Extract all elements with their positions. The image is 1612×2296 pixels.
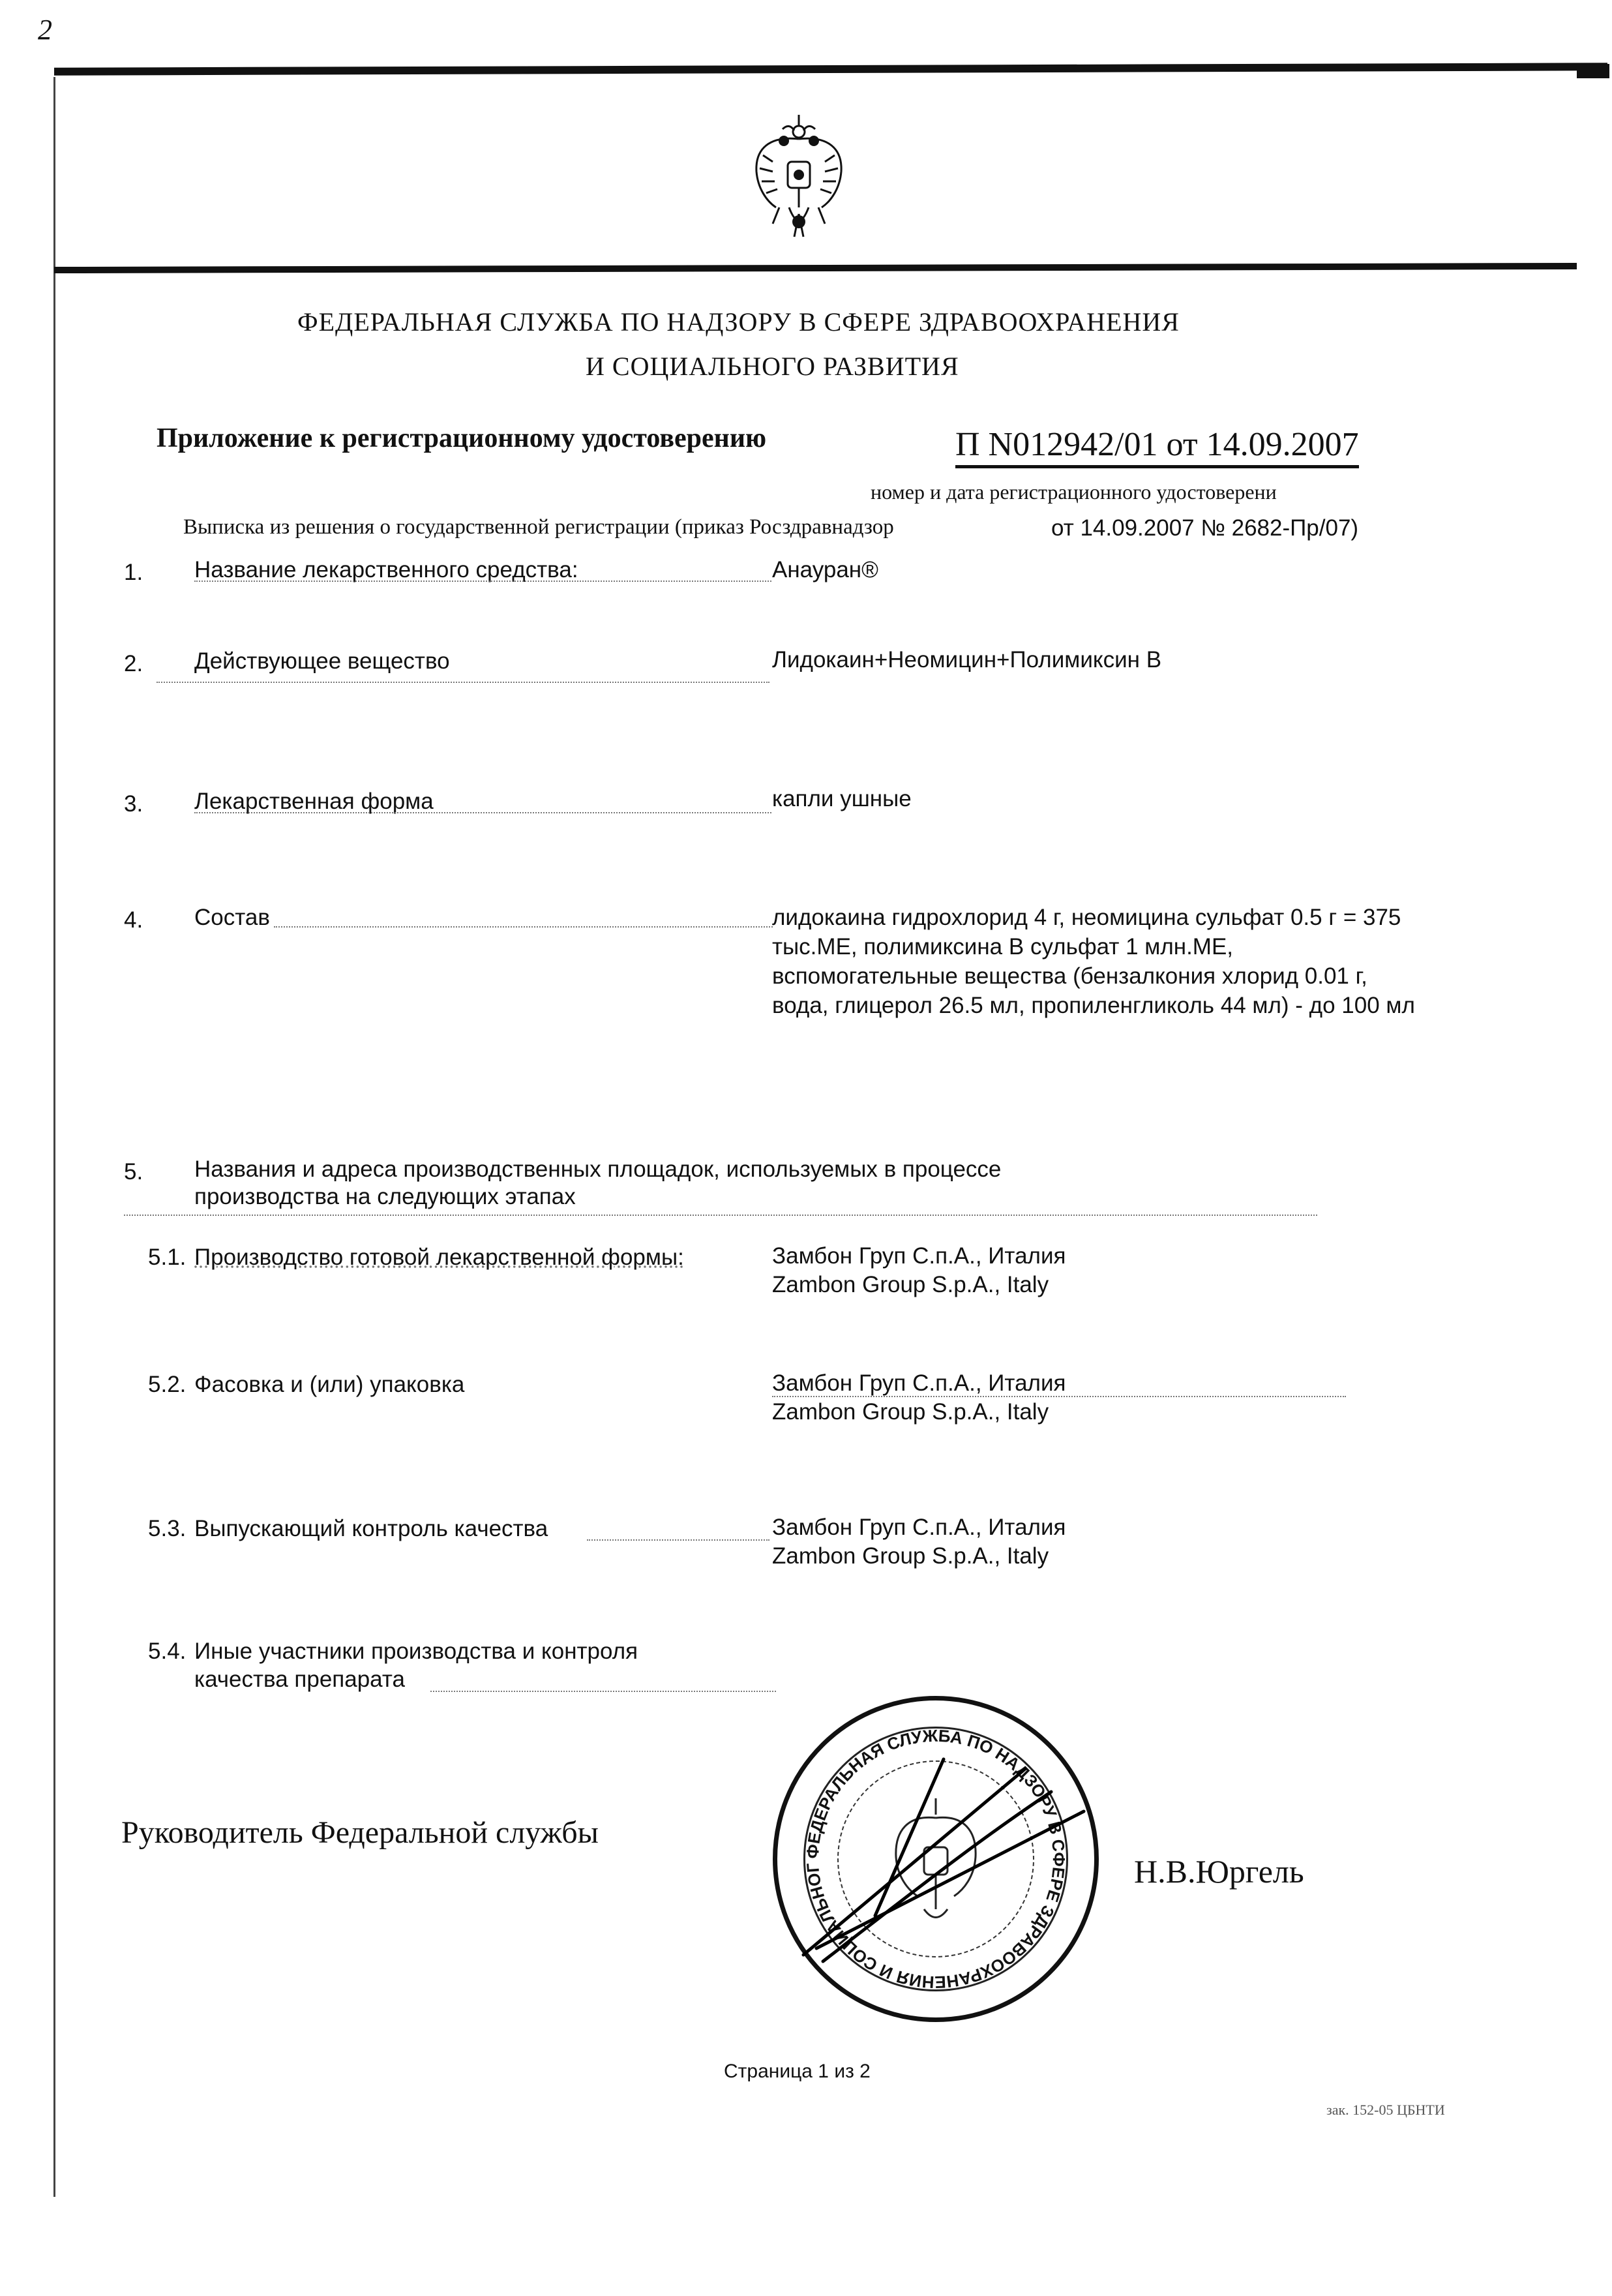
subitem-label-manufacturing: Производство готовой лекарственной формы… [194, 1243, 684, 1272]
certificate-number: П N012942/01 от 14.09.2007 [955, 425, 1359, 468]
item-value-active-substance: Лидокаин+Неомицин+Полимиксин В [772, 646, 1161, 674]
dotted-leader [194, 581, 771, 582]
agency-heading-line2: И СОЦИАЛЬНОГО РАЗВИТИЯ [586, 351, 959, 382]
composition-line: вспомогательные вещества (бензалкония хл… [772, 962, 1367, 991]
item-number: 2. [124, 650, 143, 678]
subitem-value-en: Zambon Group S.p.A., Italy [772, 1542, 1049, 1571]
svg-text:ФЕДЕРАЛЬНАЯ СЛУЖБА ПО НАДЗОРУ: ФЕДЕРАЛЬНАЯ СЛУЖБА ПО НАДЗОРУ В СФЕРЕ ЗД… [777, 1700, 1069, 1992]
composition-line: лидокаина гидрохлорид 4 г, неомицина сул… [772, 903, 1401, 932]
print-code: зак. 152-05 ЦБНТИ [1326, 2102, 1445, 2119]
page-indicator: Страница 1 из 2 [724, 2057, 871, 2086]
item-number: 3. [124, 790, 143, 819]
seal-text: ФЕДЕРАЛЬНАЯ СЛУЖБА ПО НАДЗОРУ В СФЕРЕ ЗД… [777, 1700, 1069, 1992]
annex-title: Приложение к регистрационному удостовере… [157, 423, 766, 454]
item-value-drug-name: Анауран® [772, 556, 878, 584]
dotted-leader [274, 926, 773, 928]
subitem-number: 5.1. [148, 1243, 186, 1272]
item-value-dosage-form: капли ушные [772, 785, 912, 813]
subitem-value-en: Zambon Group S.p.A., Italy [772, 1271, 1049, 1299]
certificate-caption: номер и дата регистрационного удостовере… [871, 480, 1277, 504]
subitem-value-en: Zambon Group S.p.A., Italy [772, 1398, 1049, 1427]
subitem-label-other-participants: Иные участники производства и контроля [194, 1637, 638, 1666]
item-number: 4. [124, 906, 143, 935]
subitem-value-ru: Замбон Груп С.п.А., Италия [772, 1242, 1066, 1271]
handwritten-page-mark: 2 [38, 13, 52, 46]
subitem-label-packaging: Фасовка и (или) упаковка [194, 1370, 464, 1399]
item-label-composition: Состав [194, 903, 270, 932]
top-rule [54, 63, 1607, 75]
subitem-number: 5.3. [148, 1515, 186, 1543]
official-round-seal-icon: ФЕДЕРАЛЬНАЯ СЛУЖБА ПО НАДЗОРУ В СФЕРЕ ЗД… [773, 1696, 1099, 2022]
header-rule [54, 263, 1577, 273]
dotted-leader [587, 1539, 769, 1541]
dotted-leader [430, 1691, 776, 1692]
subitem-number: 5.4. [148, 1637, 186, 1666]
left-margin-line [53, 77, 55, 2197]
signatory-position: Руководитель Федеральной службы [121, 1815, 599, 1850]
item-label-production-sites-cont: производства на следующих этапах [194, 1183, 576, 1211]
dotted-leader [157, 682, 769, 683]
dotted-leader [194, 812, 771, 813]
signatory-name: Н.В.Юргель [1134, 1852, 1304, 1890]
item-label-production-sites: Названия и адреса производственных площа… [194, 1155, 1001, 1184]
russian-coat-of-arms-icon [743, 110, 854, 240]
composition-line: вода, глицерол 26.5 мл, пропиленгликоль … [772, 991, 1415, 1020]
extract-line: Выписка из решения о государственной рег… [183, 515, 894, 539]
item-number: 1. [124, 558, 143, 587]
subitem-number: 5.2. [148, 1370, 186, 1399]
top-rule-end [1577, 64, 1609, 78]
subitem-value-ru: Замбон Груп С.п.А., Италия [772, 1513, 1066, 1542]
subitem-label-quality-control: Выпускающий контроль качества [194, 1515, 548, 1543]
agency-heading-line1: ФЕДЕРАЛЬНАЯ СЛУЖБА ПО НАДЗОРУ В СФЕРЕ ЗД… [297, 307, 1180, 337]
item-label-active-substance: Действующее вещество [194, 647, 450, 676]
subitem-value-ru: Замбон Груп С.п.А., Италия [772, 1369, 1066, 1398]
dotted-rule [124, 1215, 1317, 1216]
order-reference: от 14.09.2007 № 2682-Пр/07) [1051, 514, 1358, 543]
composition-line: тыс.МЕ, полимиксина В сульфат 1 млн.МЕ, [772, 933, 1233, 961]
subitem-label-other-participants-cont: качества препарата [194, 1665, 405, 1694]
item-number: 5. [124, 1158, 143, 1186]
